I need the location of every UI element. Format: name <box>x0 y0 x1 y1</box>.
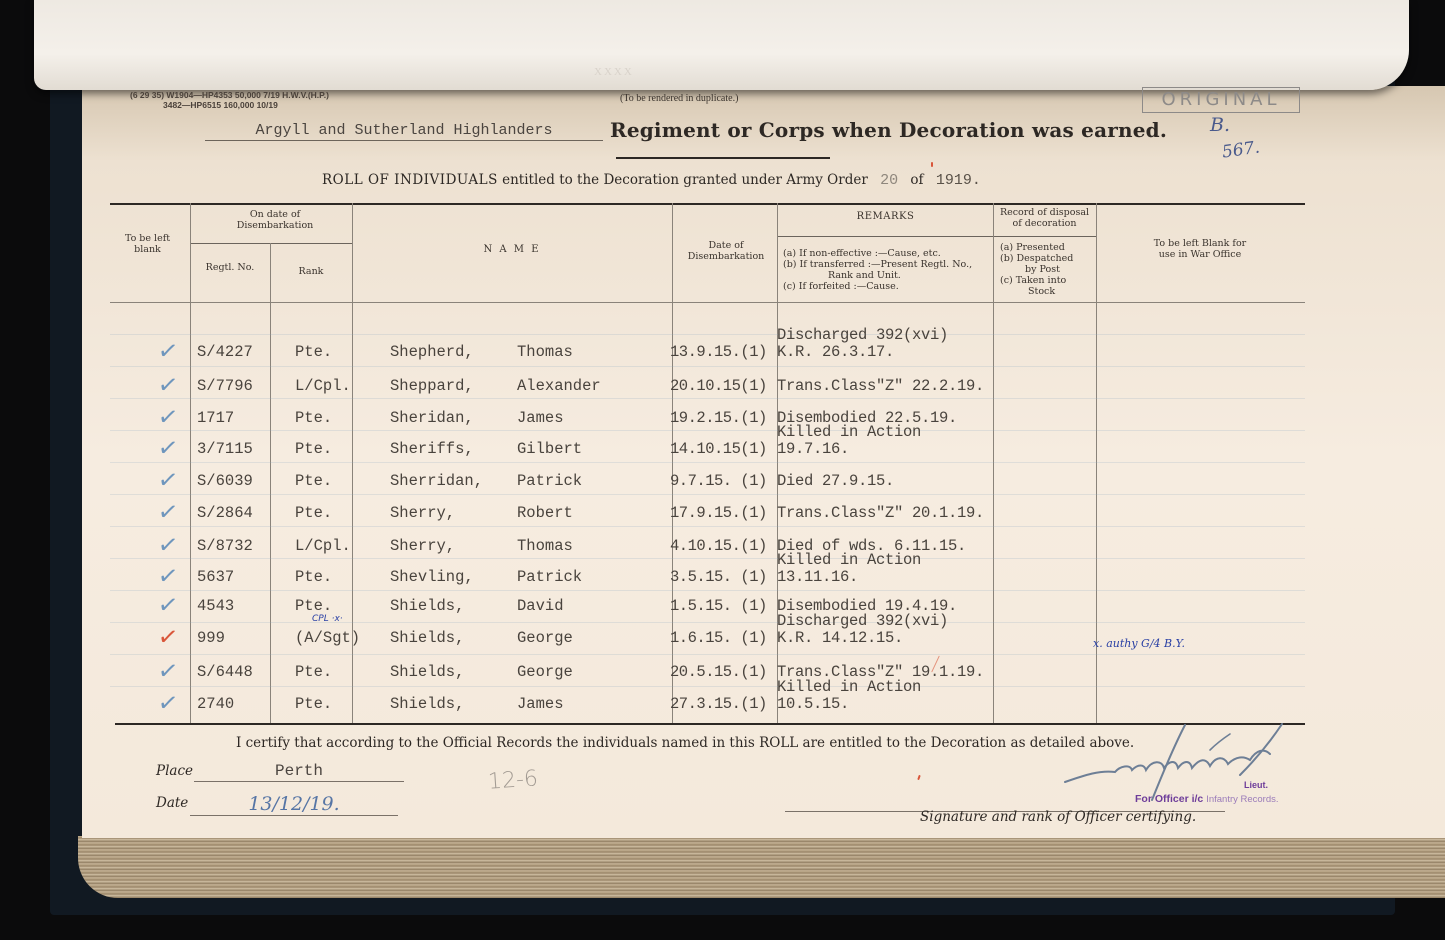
surname: Sheridan, <box>390 409 474 427</box>
regtl-no: S/2864 <box>197 504 253 522</box>
rank: Pte. <box>295 597 332 615</box>
regtl-no: 3/7115 <box>197 440 253 458</box>
signature-caption: Signature and rank of Officer certifying… <box>920 809 1196 825</box>
rank: Pte. <box>295 409 332 427</box>
regtl-no: S/6448 <box>197 663 253 681</box>
remark-line-1: Discharged 392(xvi) <box>777 612 948 630</box>
forename: Gilbert <box>517 440 582 458</box>
remark-line-1: Killed in Action <box>777 551 921 569</box>
red-pencil-mark <box>931 162 933 167</box>
print-codes: (6 29 35) W1904—HP4353 50,000 7/19 H.W.V… <box>130 90 329 110</box>
header-name: N A M E <box>352 244 672 255</box>
surname: Shevling, <box>390 568 474 586</box>
original-stamp: ORIGINAL <box>1142 87 1300 113</box>
remark: 13.11.16. <box>777 568 858 586</box>
disembarkation-date: 20.5.15.(1) <box>670 663 767 681</box>
regtl-no: S/8732 <box>197 537 253 555</box>
forename: Robert <box>517 504 573 522</box>
remark: Died 27.9.15. <box>777 472 894 490</box>
table-row: ✓ S/7796 L/Cpl. Sheppard, Alexander 20.1… <box>110 377 1305 409</box>
disembarkation-date: 1.6.15. (1) <box>670 629 767 647</box>
header-divider-disembarkation <box>190 243 352 244</box>
rank: L/Cpl. <box>295 537 351 555</box>
remarks-note-b2: Rank and Unit. <box>783 270 993 281</box>
place-value: Perth <box>194 762 404 782</box>
table-row: ✓ 4543 Pte. Shields, David 1.5.15. (1) D… <box>110 597 1305 629</box>
roll-title-text: entitled to the Decoration granted under… <box>502 172 868 188</box>
header-remarks: REMARKS <box>778 211 993 222</box>
header-date-disembarkation: Date of Disembarkation <box>680 240 772 262</box>
table-row: ✓ 1717 Pte. Sheridan, James 19.2.15.(1) … <box>110 409 1305 441</box>
disposal-note-a: (a) Presented <box>1000 242 1095 253</box>
remark-line-1: Killed in Action <box>777 678 921 696</box>
check-mark-icon: ✓ <box>156 497 180 528</box>
duplicate-note: (To be rendered in duplicate.) <box>620 93 738 104</box>
table-row: ✓ S/2864 Pte. Sherry, Robert 17.9.15.(1)… <box>110 504 1305 536</box>
regtl-no: 4543 <box>197 597 234 615</box>
surname: Sheppard, <box>390 377 474 395</box>
surname: Sherry, <box>390 504 455 522</box>
header-divider-remarks <box>778 236 993 237</box>
disembarkation-date: 4.10.15.(1) <box>670 537 767 555</box>
surname: Sheriffs, <box>390 440 474 458</box>
header-on-date-group: On date of Disembarkation <box>230 209 320 231</box>
roll-title-of: of <box>910 172 923 188</box>
stamp-officer-rest: Infantry Records. <box>1206 794 1278 805</box>
disembarkation-date: 9.7.15. (1) <box>670 472 767 490</box>
header-war-office: To be left Blank for use in War Office <box>1150 238 1250 260</box>
place-label: Place <box>156 763 193 779</box>
date-label: Date <box>156 795 188 811</box>
rank: Pte. <box>295 440 332 458</box>
regtl-no: S/7796 <box>197 377 253 395</box>
stamp-officer: For Officer i/c Infantry Records. <box>1135 793 1279 805</box>
remark: 19.7.16. <box>777 440 849 458</box>
print-code-line-2: 3482—HP6515 160,000 10/19 <box>130 100 329 110</box>
rank: Pte. <box>295 568 332 586</box>
forename: Patrick <box>517 568 582 586</box>
rank: Pte. <box>295 343 332 361</box>
remark: 10.5.15. <box>777 695 849 713</box>
header-bottom-border <box>110 302 1305 303</box>
regtl-no: S/6039 <box>197 472 253 490</box>
stamp-officer-bold: For Officer i/c <box>1135 793 1203 805</box>
date-value: 13/12/19. <box>190 793 398 816</box>
check-mark-icon: ✓ <box>156 530 180 561</box>
regiment-value: Argyll and Sutherland Highlanders <box>205 122 603 141</box>
certification-text: I certify that according to the Official… <box>236 735 1134 751</box>
remark: K.R. 26.3.17. <box>777 343 894 361</box>
surname: Shepherd, <box>390 343 474 361</box>
table-row: ✓ S/4227 Pte. Shepherd, Thomas 13.9.15.(… <box>110 343 1305 375</box>
header-remarks-notes: (a) If non-effective :—Cause, etc. (b) I… <box>783 248 993 292</box>
rank: Pte. <box>295 472 332 490</box>
handwritten-fee: 12-6 <box>487 766 539 794</box>
header-disposal: Record of disposal of decoration <box>996 207 1093 229</box>
table-row: ✓ 3/7115 Pte. Sheriffs, Gilbert 14.10.15… <box>110 440 1305 472</box>
check-mark-icon: ✓ <box>156 370 180 401</box>
surname: Shields, <box>390 695 464 713</box>
surname: Sherridan, <box>390 472 483 490</box>
disposal-note-b2: by Post <box>1000 264 1095 275</box>
header-regtl-no: Regtl. No. <box>205 262 255 273</box>
print-code-line-1: (6 29 35) W1904—HP4353 50,000 7/19 H.W.V… <box>130 90 329 100</box>
forename: Patrick <box>517 472 582 490</box>
check-mark-icon: ✓ <box>156 561 180 592</box>
stamp-rank: Lieut. <box>1244 780 1268 790</box>
check-mark-icon: ✓ <box>156 465 180 496</box>
header-divider-disposal <box>993 236 1096 237</box>
regtl-no: 1717 <box>197 409 234 427</box>
disposal-note-c2: Stock <box>1000 286 1095 297</box>
forename: George <box>517 663 573 681</box>
disembarkation-date: 1.5.15. (1) <box>670 597 767 615</box>
ruled-line <box>110 334 1305 335</box>
remarks-note-c: (c) If forfeited :—Cause. <box>783 281 993 292</box>
regtl-no: S/4227 <box>197 343 253 361</box>
forename: Thomas <box>517 343 573 361</box>
red-check-mark-icon: ✓ <box>156 622 180 653</box>
remark-line-1: Discharged 392(xvi) <box>777 326 948 344</box>
forename: Alexander <box>517 377 601 395</box>
remark: Trans.Class"Z" 20.1.19. <box>777 504 984 522</box>
table-row: ✓ S/6448 Pte. Shields, George 20.5.15.(1… <box>110 663 1305 695</box>
check-mark-icon: ✓ <box>156 402 180 433</box>
forename: James <box>517 695 564 713</box>
check-mark-icon: ✓ <box>156 656 180 687</box>
surname: Shields, <box>390 629 464 647</box>
table-row: ✓ S/6039 Pte. Sherridan, Patrick 9.7.15.… <box>110 472 1305 504</box>
surname: Shields, <box>390 663 464 681</box>
rank: L/Cpl. <box>295 377 351 395</box>
disembarkation-date: 14.10.15(1) <box>670 440 767 458</box>
disembarkation-date: 20.10.15(1) <box>670 377 767 395</box>
disembarkation-date: 19.2.15.(1) <box>670 409 767 427</box>
regtl-no: 999 <box>197 629 225 647</box>
remark-line-1: Killed in Action <box>777 423 921 441</box>
disembarkation-date: 27.3.15.(1) <box>670 695 767 713</box>
army-order-year: 1919. <box>928 172 989 189</box>
rank: Pte. <box>295 695 332 713</box>
disembarkation-date: 17.9.15.(1) <box>670 504 767 522</box>
army-order-number: 20 <box>872 172 906 189</box>
page-edges <box>78 836 1445 898</box>
handwritten-side-note: x. authy G/4 B.Y. <box>1093 637 1185 650</box>
remarks-note-a: (a) If non-effective :—Cause, etc. <box>783 248 993 259</box>
rank: (A/Sgt) <box>295 629 360 647</box>
check-mark-icon: ✓ <box>156 688 180 719</box>
rank: Pte. <box>295 663 332 681</box>
rank: Pte. <box>295 504 332 522</box>
turned-page-edge: XXXX <box>34 0 1409 90</box>
forename: George <box>517 629 573 647</box>
regtl-no: 5637 <box>197 568 234 586</box>
remark: Trans.Class"Z" 22.2.19. <box>777 377 984 395</box>
disembarkation-date: 3.5.15. (1) <box>670 568 767 586</box>
roll-title-caps: ROLL OF INDIVIDUALS <box>322 172 498 188</box>
check-mark-icon: ✓ <box>156 433 180 464</box>
table-row: ✓ 5637 Pte. Shevling, Patrick 3.5.15. (1… <box>110 568 1305 600</box>
regiment-label: Regiment or Corps when Decoration was ea… <box>610 118 1167 142</box>
check-mark-icon: ✓ <box>156 590 180 621</box>
header-disposal-notes: (a) Presented (b) Despatched by Post (c)… <box>1000 242 1095 297</box>
table-row: ✓ S/8732 L/Cpl. Sherry, Thomas 4.10.15.(… <box>110 537 1305 569</box>
disposal-note-b: (b) Despatched <box>1000 253 1095 264</box>
rank-annotation: CPL ·x· <box>312 614 343 624</box>
forename: James <box>517 409 564 427</box>
surname: Shields, <box>390 597 464 615</box>
disposal-note-c: (c) Taken into <box>1000 275 1095 286</box>
forename: Thomas <box>517 537 573 555</box>
surname: Sherry, <box>390 537 455 555</box>
remarks-note-b: (b) If transferred :—Present Regtl. No., <box>783 259 993 270</box>
regiment-underline <box>616 157 830 159</box>
header-rank: Rank <box>275 266 347 277</box>
handwritten-letter: B. <box>1210 114 1230 136</box>
table-top-border <box>110 203 1305 205</box>
remark: K.R. 14.12.15. <box>777 629 903 647</box>
header-left-blank: To be left blank <box>115 233 180 255</box>
disembarkation-date: 13.9.15.(1) <box>670 343 767 361</box>
check-mark-icon: ✓ <box>156 336 180 367</box>
forename: David <box>517 597 564 615</box>
roll-title: ROLL OF INDIVIDUALS entitled to the Deco… <box>322 172 989 189</box>
regtl-no: 2740 <box>197 695 234 713</box>
